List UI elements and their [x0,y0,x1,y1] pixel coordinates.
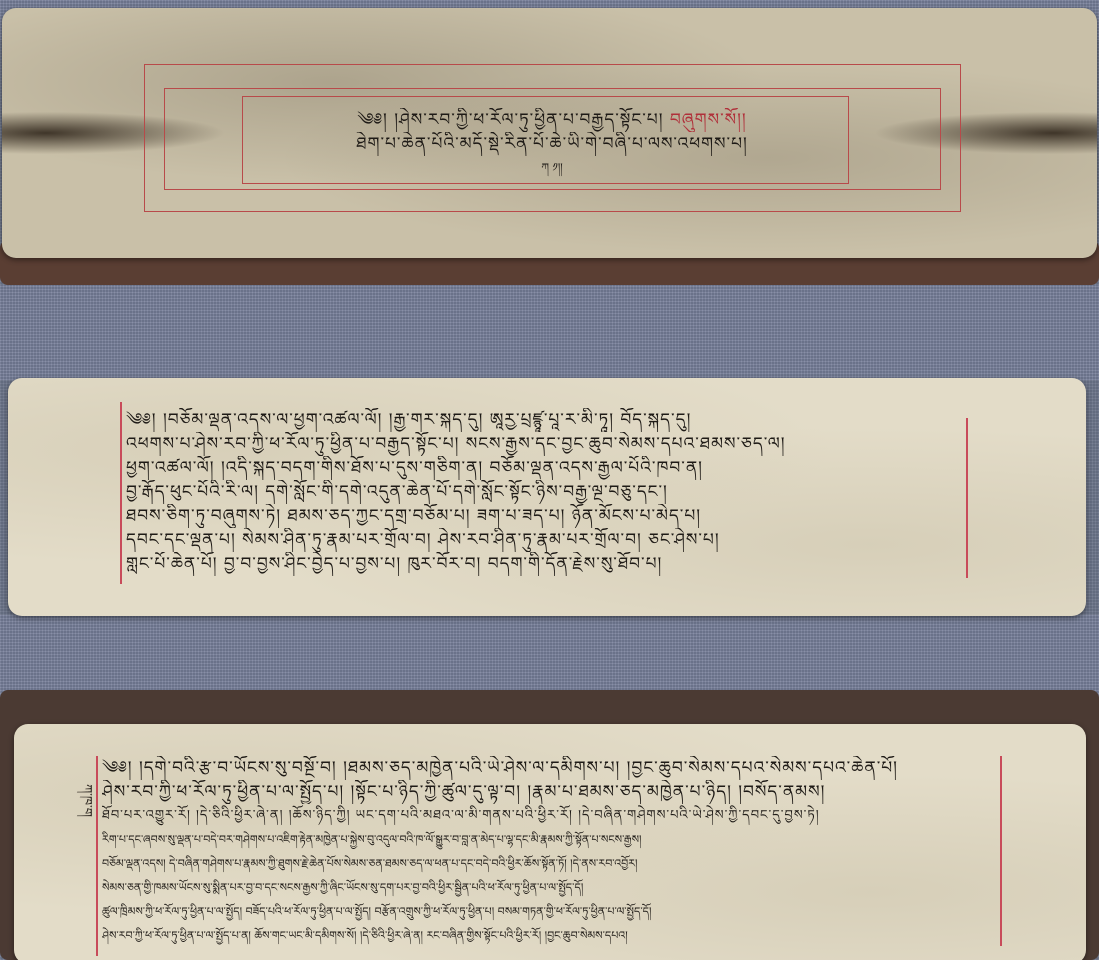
title-text: ༄༅། །ཤེས་རབ་ཀྱི་ཕ་རོལ་ཏུ་ཕྱིན་པ་བརྒྱད་སྟ… [252,108,852,180]
title-line-1: ༄༅། །ཤེས་རབ་ཀྱི་ཕ་རོལ་ཏུ་ཕྱིན་པ་བརྒྱད་སྟ… [252,108,852,132]
right-margin-line [966,418,968,578]
folio-number: ཀ ༡།། [252,156,852,180]
text-line: ཐོབ་པར་འགྱུར་རོ། །དེ་ཅིའི་ཕྱིར་ཞེ་ན། །ཆོ… [102,804,997,828]
text-line: འཕགས་པ་ཤེས་རབ་ཀྱི་ཕ་རོལ་ཏུ་ཕྱིན་པ་བརྒྱད་… [126,432,966,456]
cloth-band-middle [0,285,1099,380]
text-line: རིག་པ་དང་ཞབས་སུ་ལྡན་པ་བདེ་བར་གཤེགས་པ་འཇི… [102,828,997,852]
text-line: ཤེས་རབ་ཀྱི་ཕ་རོལ་ཏུ་ཕྱིན་པ་ལ་སྤྱོད་པ་ན། … [102,924,997,948]
text-line: སེམས་ཅན་གྱི་ཁམས་ཡོངས་སུ་སྨིན་པར་བྱ་བ་དང་… [102,876,997,900]
cloth-band-lower [0,615,1099,700]
middle-folio: ༄༅། །བཅོམ་ལྡན་འདས་ལ་ཕྱག་འཚལ་ལོ། །རྒྱ་གར་… [8,378,1086,616]
middle-text: ༄༅། །བཅོམ་ལྡན་འདས་ལ་ཕྱག་འཚལ་ལོ། །རྒྱ་གར་… [126,408,966,576]
text-line: ཚུལ་ཁྲིམས་ཀྱི་ཕ་རོལ་ཏུ་ཕྱིན་པ་ལ་སྤྱོད། བ… [102,900,997,924]
text-line: བྱ་རྒོད་ཕུང་པོའི་རི་ལ། དགེ་སློང་གི་དགེ་འ… [126,480,966,504]
text-line: ཐབས་ཅིག་ཏུ་བཞུགས་ཏེ། ཐམས་ཅད་ཀྱང་དགྲ་བཅོམ… [126,504,966,528]
text-line: དབང་དང་ལྡན་པ། སེམས་ཤིན་ཏུ་རྣམ་པར་གྲོལ་བ།… [126,528,966,552]
bottom-folio: ཀ་ཁ་ག ༄༅། །དགེ་བའི་རྩ་བ་ཡོངས་སུ་བསྔོ་བ། … [14,724,1086,960]
side-annotation: ཀ་ཁ་ག [68,784,105,817]
title-folio: ༄༅། །ཤེས་རབ་ཀྱི་ཕ་རོལ་ཏུ་ཕྱིན་པ་བརྒྱད་སྟ… [2,8,1097,258]
title-line-2: ཐེག་པ་ཆེན་པོའི་མདོ་སྡེ་རིན་པོ་ཆེ་ཡི་གེ་བ… [252,132,852,156]
bottom-text: ༄༅། །དགེ་བའི་རྩ་བ་ཡོངས་སུ་བསྔོ་བ། །ཐམས་ཅ… [102,756,997,948]
text-line: ཤེས་རབ་ཀྱི་ཕ་རོལ་ཏུ་ཕྱིན་པ་ལ་སྤྱོད་པ། །ས… [102,780,997,804]
text-line: ༄༅། །བཅོམ་ལྡན་འདས་ལ་ཕྱག་འཚལ་ལོ། །རྒྱ་གར་… [126,408,966,432]
text-line: ༄༅། །དགེ་བའི་རྩ་བ་ཡོངས་སུ་བསྔོ་བ། །ཐམས་ཅ… [102,756,997,780]
text-line: གླང་པོ་ཆེན་པོ། བྱ་བ་བྱས་ཤིང་བྱེད་པ་བྱས་པ… [126,552,966,576]
text-line: བཅོམ་ལྡན་འདས། དེ་བཞིན་གཤེགས་པ་རྣམས་ཀྱི་ཐ… [102,852,997,876]
right-margin-line [1000,756,1002,946]
text-line: ཕྱག་འཚལ་ལོ། །འདི་སྐད་བདག་གིས་ཐོས་པ་དུས་ག… [126,456,966,480]
left-margin-line [120,402,122,584]
